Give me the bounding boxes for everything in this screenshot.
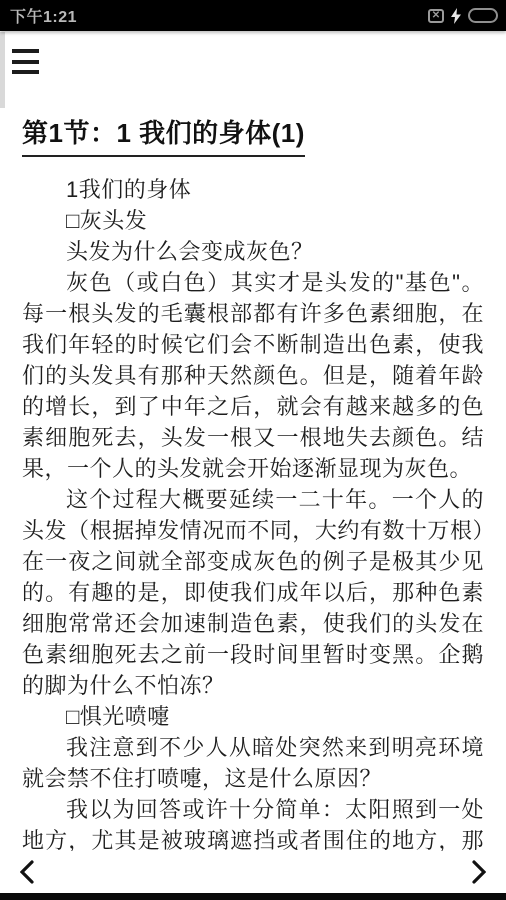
status-bar: 下午1:21 ✕ [0, 0, 506, 31]
chevron-right-icon [472, 860, 486, 884]
status-icons: ✕ [428, 8, 498, 24]
bottom-bar [0, 893, 506, 900]
no-sim-icon: ✕ [428, 9, 444, 23]
chevron-left-icon [20, 860, 34, 884]
paragraph: 灰色（或白色）其实才是头发的"基色"。每一根头发的毛囊根部都有许多色素细胞，在我… [22, 267, 484, 484]
paragraph: 我以为回答或许十分简单：太阳照到一处地方，尤其是被玻璃遮挡或者围住的地方，那里必… [22, 794, 484, 852]
next-page-button[interactable] [466, 857, 492, 887]
paragraph: 这个过程大概要延续一二十年。一个人的头发（根据掉发情况而不同，大约有数十万根）在… [22, 484, 484, 701]
paragraph: □灰头发 [22, 205, 484, 236]
paragraph: 1我们的身体 [22, 174, 484, 205]
paragraph: □惧光喷嚏 [22, 701, 484, 732]
paragraph: 我注意到不少人从暗处突然来到明亮环境就会禁不住打喷嚏，这是什么原因？ [22, 732, 484, 794]
reader-app-screen: 下午1:21 ✕ 第1节：1 我们的身体(1) 1我们的身体 □灰头发 头发为什… [0, 0, 506, 900]
page-navigation [0, 851, 506, 893]
charging-icon [451, 8, 461, 24]
chapter-title: 第1节：1 我们的身体(1) [22, 113, 305, 157]
reading-area: 第1节：1 我们的身体(1) 1我们的身体 □灰头发 头发为什么会变成灰色？ 灰… [0, 31, 506, 852]
battery-icon [468, 8, 498, 23]
prev-page-button[interactable] [14, 857, 40, 887]
clock-text: 下午1:21 [10, 4, 77, 27]
chapter-body: 1我们的身体 □灰头发 头发为什么会变成灰色？ 灰色（或白色）其实才是头发的"基… [22, 174, 484, 852]
paragraph: 头发为什么会变成灰色？ [22, 236, 484, 267]
